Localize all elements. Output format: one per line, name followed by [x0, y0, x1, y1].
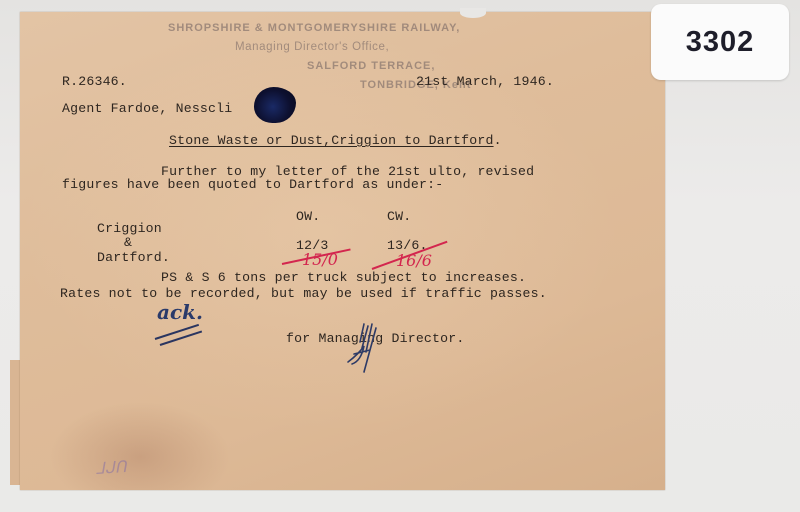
subject-period: . [494, 133, 502, 148]
note-line-1: PS & S 6 tons per truck subject to incre… [161, 270, 526, 285]
column-header-cw: CW. [387, 209, 411, 224]
route-origin: Criggion [97, 221, 162, 236]
letter-date: 21st March, 1946. [416, 74, 554, 89]
column-header-ow: OW. [296, 209, 320, 224]
stamp-address-line1: SALFORD TERRACE, [307, 60, 435, 72]
stamp-office: Managing Director's Office, [235, 41, 389, 53]
stamp-company: SHROPSHIRE & MONTGOMERYSHIRE RAILWAY, [168, 22, 460, 34]
subject-line: Stone Waste or Dust,Criggion to Dartford… [169, 133, 502, 148]
faint-pencil-mark: ᒧᒍᑎ [94, 457, 127, 478]
rate-cw-handwritten: 16/6 [396, 251, 432, 270]
route-destination: Dartford. [97, 250, 170, 265]
route-ampersand: & [124, 235, 132, 250]
lot-number: 3302 [686, 26, 755, 59]
paper-tear [460, 8, 486, 18]
note-line-2: Rates not to be recorded, but may be use… [60, 286, 547, 301]
lot-number-label: 3302 [651, 4, 789, 80]
body-line-2: figures have been quoted to Dartford as … [62, 177, 443, 192]
letter-paper: SHROPSHIRE & MONTGOMERYSHIRE RAILWAY, Ma… [20, 12, 665, 490]
ack-underline-2 [160, 330, 202, 345]
addressee: Agent Fardoe, Nesscli [62, 101, 232, 116]
subject-text: Stone Waste or Dust,Criggion to Dartford [169, 133, 494, 148]
handwritten-ack: ack. [157, 300, 203, 324]
signature-scribble [342, 322, 382, 374]
reference-number: R.26346. [62, 74, 127, 89]
rate-ow-handwritten: 15/0 [302, 250, 338, 269]
ink-blot [254, 87, 296, 123]
